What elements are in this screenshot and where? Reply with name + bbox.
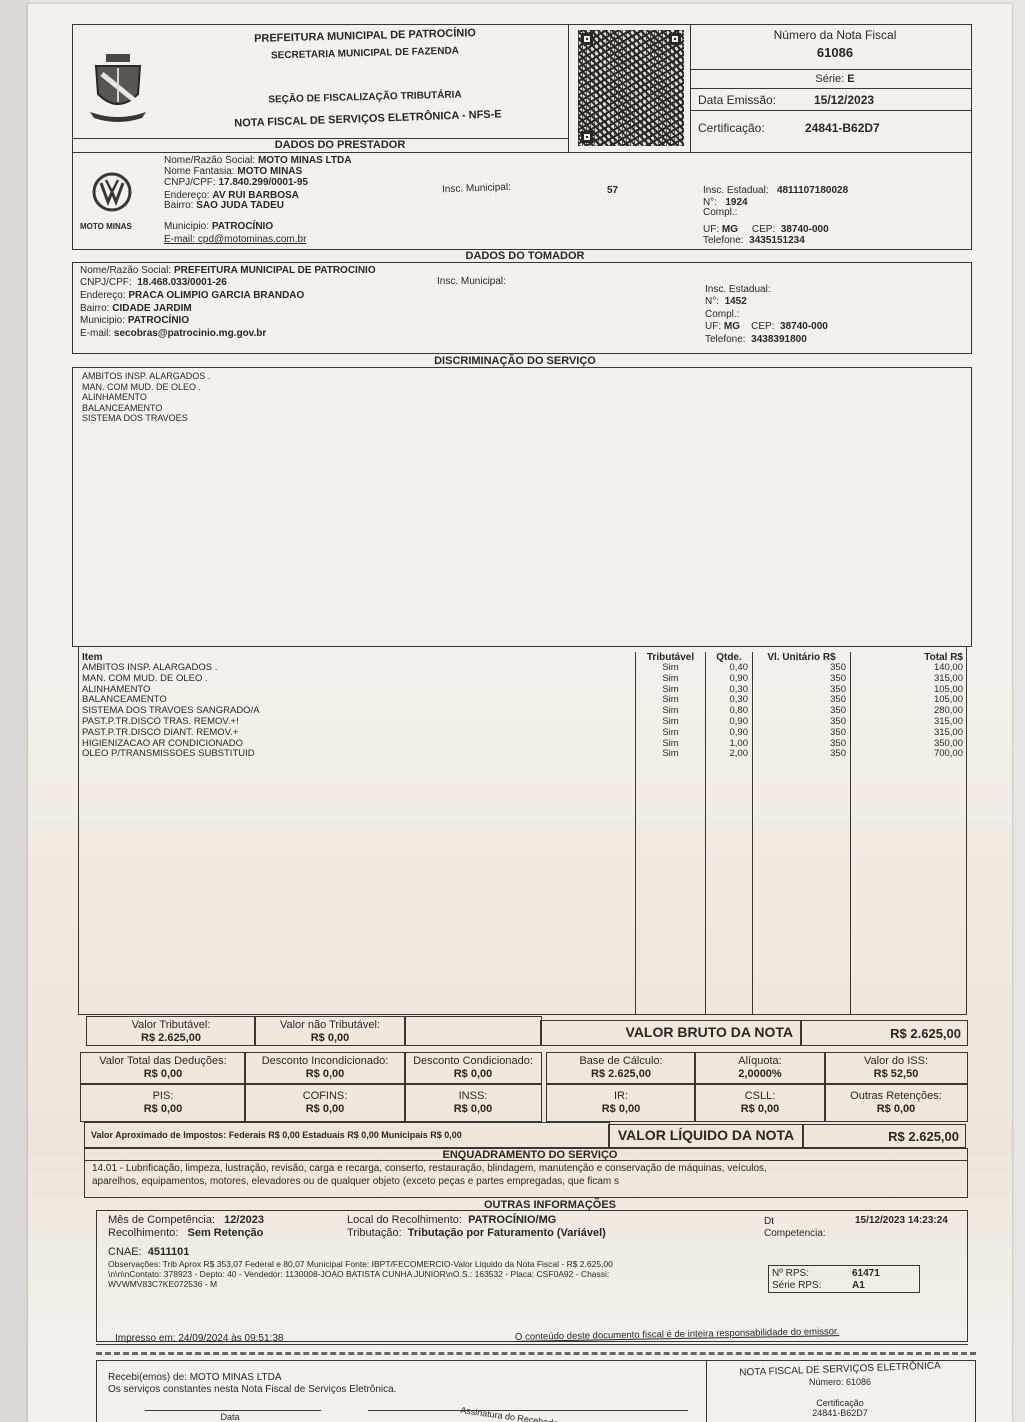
prestador-municipio: PATROCÍNIO [212,221,273,232]
prestador-insc-estadual-label: Insc. Estadual: [703,185,769,196]
data-emissao-value: 15/12/2023 [814,94,874,106]
prestador-bairro-label: Bairro: [164,200,193,211]
prestador-compl-label: Compl.: [703,207,737,218]
certificacao-value: 24841-B62D7 [805,122,880,134]
serie-rps-value: A1 [852,1280,865,1291]
tomador-numero: 1452 [725,296,747,307]
cell-unitario: 350 [753,728,846,739]
desconto-condicionado-cell: Desconto Condicionado:R$ 0,00 [404,1052,542,1084]
cell-unitario: 350 [753,717,846,728]
valor-bruto-label-cell: VALOR BRUTO DA NOTA [540,1020,802,1046]
cell-total: 315,00 [851,717,963,728]
cell-tributavel: Sim [636,749,705,760]
tomador-bairro: CIDADE JARDIM [112,303,191,314]
local-recolhimento-label: Local do Recolhimento: [347,1214,462,1226]
outras-retencoes-cell: Outras Retenções:R$ 0,00 [824,1084,968,1122]
stub-cert-label: Certificação [710,1398,970,1408]
prestador-cnpj: 17.840.299/0001-95 [218,177,308,188]
data-emissao-label: Data Emissão: [698,94,776,106]
tomador-municipio: PATROCÍNIO [128,315,189,326]
prestador-insc-estadual: 4811107180028 [777,185,848,196]
prestador-insc-municipal: 57 [607,185,618,196]
observacoes-line3: WVWMV83C7KE072536 - M [108,1279,217,1289]
certificacao-label: Certificação: [698,122,765,134]
impostos-aprox-cell: Valor Aproximado de Impostos: Federais R… [84,1122,610,1148]
empty-cell [404,1016,542,1046]
prestador-uf: MG [722,224,738,235]
prestador-cep: 38740-000 [781,224,829,235]
deducoes-cell: Valor Total das Deduções:R$ 0,00 [80,1052,246,1084]
recipient-signature-line[interactable] [368,1410,688,1411]
local-recolhimento: PATROCÍNIO/MG [468,1214,556,1226]
tomador-endereco: PRACA OLIMPIO GARCIA BRANDAO [128,290,304,301]
rps-label: Nº RPS: [772,1268,809,1279]
base-calculo-cell: Base de Cálculo:R$ 2.625,00 [546,1052,696,1084]
prestador-uf-label: UF: [703,224,719,235]
cell-item: AMBITOS INSP. ALARGADOS . [82,663,622,674]
cnae: 4511101 [148,1246,190,1258]
dt-competencia: 15/12/2023 14:23:24 [855,1215,948,1226]
mes-competencia-label: Mês de Competência: [108,1214,215,1226]
prestador-telefone: 3435151234 [749,235,805,246]
prestador-fantasia: MOTO MINAS [237,166,302,177]
data-label: Data [200,1412,260,1422]
nota-numero: 61086 [700,47,970,59]
tributacao-label: Tributação: [347,1227,402,1239]
table-row: OLEO P/TRANSMISSOES SUBSTITUIDSim2,00350… [0,749,1000,760]
discriminacao-line: BALANCEAMENTO [82,403,162,414]
discriminacao-line: SISTEMA DOS TRAVOES [82,413,188,424]
cell-tributavel: Sim [636,717,705,728]
recebi-text: Recebi(emos) de: MOTO MINAS LTDA [108,1372,282,1383]
tomador-insc-municipal-label: Insc. Municipal: [437,276,506,287]
inss-cell: INSS:R$ 0,00 [404,1084,542,1122]
pis-cell: PIS:R$ 0,00 [80,1084,246,1122]
cell-qtde: 0,40 [706,663,748,674]
tomador-nome: PREFEITURA MUNICIPAL DE PATROCINIO [174,265,376,276]
valor-liquido-label-cell: VALOR LÍQUIDO DA NOTA [608,1124,804,1148]
enquadramento-line2: aparelhos, equipamentos, motores, elevad… [92,1177,619,1187]
municipal-coat-of-arms-icon [88,52,148,124]
tomador-insc-estadual-label: Insc. Estadual: [705,284,771,295]
observacoes-line1: Observações: Trib Aprox R$ 353,07 Federa… [108,1259,613,1269]
tributacao: Tributação por Faturamento (Variável) [408,1227,606,1239]
tomador-uf: MG [724,321,740,332]
tomador-telefone: 3438391800 [751,334,807,345]
cut-line [96,1352,976,1355]
cell-qtde: 0,90 [706,674,748,685]
tomador-compl-label: Compl.: [705,309,739,320]
serie-label: Série: [815,73,844,85]
observacoes-line2: \n\n\nContato: 378923 - Depto: 40 - Vend… [108,1269,609,1279]
recolhimento-label: Recolhimento: [108,1227,178,1239]
stub-cert: 24841-B62D7 [710,1408,970,1418]
enquadramento-section-title: ENQUADRAMENTO DO SERVIÇO [400,1149,660,1161]
cell-unitario: 350 [753,663,846,674]
cell-tributavel: Sim [636,728,705,739]
tomador-bairro-label: Bairro: [80,303,109,314]
tomador-email[interactable]: secobras@patrocinio.mg.gov.br [114,328,266,339]
discriminacao-frame [72,367,972,647]
tomador-telefone-label: Telefone: [705,334,746,345]
cell-total: 315,00 [851,674,963,685]
tomador-cnpj: 18.468.033/0001-26 [137,277,227,288]
csll-cell: CSLL:R$ 0,00 [694,1084,826,1122]
cell-qtde: 0,90 [706,717,748,728]
rps-value: 61471 [852,1268,880,1279]
prestador-telefone-label: Telefone: [703,235,744,246]
cell-qtde: 0,90 [706,728,748,739]
dt-label: Dt [764,1216,774,1227]
cell-item: MAN. COM MUD. DE OLEO . [82,674,622,685]
nota-numero-label: Número da Nota Fiscal [700,29,970,41]
tomador-numero-label: N°: [705,296,719,307]
valor-tributavel-cell: Valor Tributável:R$ 2.625,00 [86,1016,256,1046]
tomador-section-title: DADOS DO TOMADOR [400,250,650,262]
mes-competencia: 12/2023 [224,1214,264,1226]
cnae-label: CNAE: [108,1246,142,1258]
table-row: MAN. COM MUD. DE OLEO .Sim0,90350315,00 [0,674,1000,685]
discriminacao-line: AMBITOS INSP. ALARGADOS . [82,371,210,382]
tomador-endereco-label: Endereço: [80,290,126,301]
discriminacao-line: MAN. COM MUD. DE OLEO . [82,382,201,393]
cell-total: 315,00 [851,728,963,739]
tomador-uf-label: UF: [705,321,721,332]
prestador-cep-label: CEP: [752,224,775,235]
prestador-logo-text: MOTO MINAS [80,222,132,232]
tomador-nome-label: Nome/Razão Social: [80,265,171,276]
cell-item: PAST.P.TR.DISCO DIANT. REMOV.+ [82,728,622,739]
cell-unitario: 350 [753,749,846,760]
prestador-cnpj-label: CNPJ/CPF: [164,177,216,188]
servicos-text: Os serviços constantes nesta Nota Fiscal… [108,1384,396,1395]
cell-total: 140,00 [851,663,963,674]
cell-tributavel: Sim [636,663,705,674]
desconto-incondicionado-cell: Desconto Incondicionado:R$ 0,00 [244,1052,406,1084]
tomador-cnpj-label: CNPJ/CPF: [80,277,132,288]
qr-code-icon [578,30,684,146]
prestador-municipio-label: Municipio: [164,221,209,232]
impresso-em: Impresso em: 24/09/2024 às 09:51:38 [115,1333,283,1344]
ir-cell: IR:R$ 0,00 [546,1084,696,1122]
prestador-fantasia-label: Nome Fantasia: [164,166,235,177]
prestador-bairro: SAO JUDA TADEU [196,200,284,211]
enquadramento-line1: 14.01 - Lubrificação, limpeza, lustração… [92,1164,767,1174]
tomador-municipio-label: Municipio: [80,315,125,326]
competencia-label: Competencia: [764,1228,826,1239]
valor-liquido-value-cell: R$ 2.625,00 [802,1124,966,1148]
discriminacao-line: ALINHAMENTO [82,392,147,403]
cell-tributavel: Sim [636,674,705,685]
cell-total: 700,00 [851,749,963,760]
cell-item: OLEO P/TRANSMISSOES SUBSTITUID [82,749,622,760]
valor-iss-cell: Valor do ISS:R$ 52,50 [824,1052,968,1084]
serie-value: E [847,73,854,85]
prestador-section-title: DADOS DO PRESTADOR [200,139,480,151]
cofins-cell: COFINS:R$ 0,00 [244,1084,406,1122]
stub-numero: Número: 61086 [710,1377,970,1387]
prestador-email[interactable]: cpd@motominas.com.br [198,234,307,245]
valor-nao-tributavel-cell: Valor não Tributável:R$ 0,00 [254,1016,406,1046]
vw-logo-icon [92,172,132,212]
date-signature-line[interactable] [145,1410,321,1411]
tomador-email-label: E-mail: [80,328,111,339]
cell-unitario: 350 [753,674,846,685]
valor-bruto-value-cell: R$ 2.625,00 [800,1020,968,1046]
discriminacao-section-title: DISCRIMINAÇÃO DO SERVIÇO [380,355,650,367]
prestador-nome: MOTO MINAS LTDA [258,155,352,166]
recolhimento: Sem Retenção [188,1227,264,1239]
prestador-nome-label: Nome/Razão Social: [164,155,255,166]
serie-rps-label: Série RPS: [772,1280,821,1291]
prestador-email-label: E-mail: [164,234,195,245]
tomador-cep: 38740-000 [780,321,828,332]
cell-qtde: 2,00 [706,749,748,760]
cell-item: PAST.P.TR.DISCO TRAS. REMOV.+! [82,717,622,728]
aliquota-cell: Alíquota:2,0000% [694,1052,826,1084]
tomador-cep-label: CEP: [751,321,774,332]
